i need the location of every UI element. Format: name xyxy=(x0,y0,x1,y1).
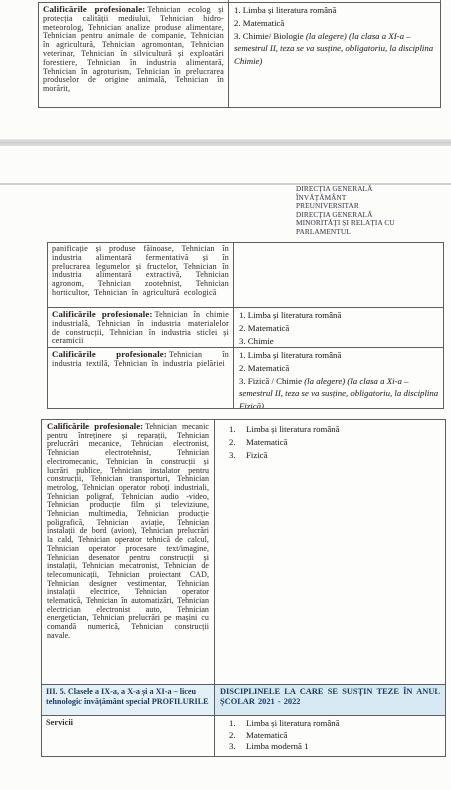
subject-item: 1. Limba și literatura română xyxy=(239,349,439,362)
subject-item: 1.Limba și literatura română xyxy=(229,718,441,730)
qualifications-label: Calificările profesionale: xyxy=(47,421,143,431)
subject-number: 1. xyxy=(229,718,246,730)
subject-text: 3. Fizică / Chimie xyxy=(239,376,304,386)
subject-text: Limba și literatura română xyxy=(246,718,340,730)
subject-item: 1.Limba și literatura română xyxy=(229,423,441,436)
table-row: Calificările profesionale:Tehnician meca… xyxy=(42,420,445,684)
table-row: Servicii 1.Limba și literatura română 2.… xyxy=(42,715,445,756)
subjects-cell: 1.Limba și literatura română 2.Matematic… xyxy=(215,420,445,684)
empty-cell xyxy=(234,243,443,307)
scanned-document-page: Calificările profesionale:Tehnician ecol… xyxy=(0,0,451,790)
qualifications-cell: Calificările profesionale:Tehnician ecol… xyxy=(39,3,229,107)
agency-header-line: PARLAMENTUL xyxy=(296,228,441,237)
disciplines-heading-cell: DISCIPLINELE LA CARE SE SUSȚIN TEZE ÎN A… xyxy=(215,685,445,715)
table-row: Calificările profesionale:Tehnician în c… xyxy=(48,307,443,347)
profile-cell: Servicii xyxy=(42,716,215,756)
qualifications-cell: Calificările profesionale:Tehnician în i… xyxy=(48,348,234,408)
subjects-cell: 1.Limba și literatura română 2.Matematic… xyxy=(215,716,445,756)
subject-number: 3. xyxy=(229,449,246,462)
subject-item: 3.Limba modernă 1 xyxy=(229,741,441,753)
qualifications-text: Tehnician mecanic pentru întreținere și … xyxy=(47,422,209,640)
qualifications-label: Calificările profesionale: xyxy=(43,4,145,14)
table-agri-qualifications: Calificările profesionale:Tehnician ecol… xyxy=(38,2,441,108)
subject-text: Limba și literatura română xyxy=(246,423,340,436)
qualifications-text: panificație și produse făinoase, Tehnici… xyxy=(52,244,229,297)
qualifications-label: Calificările profesionale: xyxy=(52,309,153,319)
subject-number: 1. xyxy=(229,423,246,436)
subject-text: Matematică xyxy=(246,730,288,742)
qualifications-text: Tehnician ecolog și protecția calității … xyxy=(43,5,224,93)
subject-item: 2. Matematică xyxy=(234,17,436,30)
subject-item: 1. Limba și literatura română xyxy=(239,309,439,322)
table-row: panificație și produse făinoase, Tehnici… xyxy=(48,243,443,307)
table-qualifications-continuation: panificație și produse făinoase, Tehnici… xyxy=(47,242,444,409)
page-edge-shadow xyxy=(0,139,451,146)
agency-header-block: DIRECȚIA GENERALĂ ÎNVĂȚĂMÂNT PREUNIVERSI… xyxy=(296,185,441,237)
table-row: Calificările profesionale:Tehnician în i… xyxy=(48,347,443,408)
subject-item: 3. Chimie xyxy=(239,335,439,347)
subject-text: Fizică xyxy=(246,449,268,462)
subject-text: Limba modernă 1 xyxy=(246,741,309,753)
subject-number: 3. xyxy=(229,741,246,753)
qualifications-cell: Calificările profesionale:Tehnician în c… xyxy=(48,308,234,347)
subjects-cell: 1. Limba și literatura română 2. Matemat… xyxy=(229,3,440,107)
subjects-cell: 1. Limba și literatura română 2. Matemat… xyxy=(234,348,443,408)
subject-text: 3. Chimie/ Biologie xyxy=(234,31,306,41)
subject-number: 2. xyxy=(229,730,246,742)
subject-number: 2. xyxy=(229,436,246,449)
section-heading-cell: III. 5. Clasele a IX-a, a X-a și a XI-a … xyxy=(42,685,215,715)
qualifications-label: Calificările profesionale: xyxy=(52,349,167,359)
qualifications-continuation-cell: panificație și produse făinoase, Tehnici… xyxy=(48,243,234,307)
subject-item: 2. Matematică xyxy=(239,322,439,335)
subject-item: 2. Matematică xyxy=(239,362,439,375)
subjects-cell: 1. Limba și literatura română 2. Matemat… xyxy=(234,308,443,347)
section-heading-row: III. 5. Clasele a IX-a, a X-a și a XI-a … xyxy=(42,684,445,715)
subject-item: 2.Matematică xyxy=(229,436,441,449)
subject-item: 2.Matematică xyxy=(229,730,441,742)
qualifications-cell: Calificările profesionale:Tehnician meca… xyxy=(42,420,215,684)
subject-item: 1. Limba și literatura română xyxy=(234,4,436,17)
table-technical-qualifications: Calificările profesionale:Tehnician meca… xyxy=(41,419,446,757)
subject-item: 3. Fizică / Chimie (la alegere) (la clas… xyxy=(239,375,439,408)
subject-item: 3.Fizică xyxy=(229,449,441,462)
subject-text: Matematică xyxy=(246,436,288,449)
subject-item: 3. Chimie/ Biologie (la alegere) (la cla… xyxy=(234,30,436,68)
